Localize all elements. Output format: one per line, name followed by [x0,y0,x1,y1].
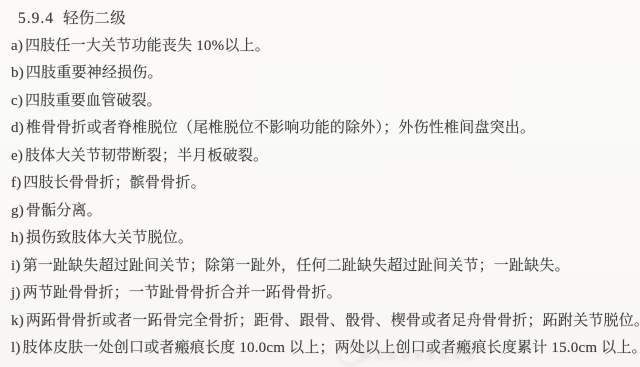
clause-text: 两跖骨骨折或者一跖骨完全骨折；距骨、跟骨、骰骨、楔骨或者足舟骨骨折；跖跗关节脱位… [26,313,640,329]
clause-line-j: j)两节趾骨骨折；一节趾骨骨折合并一跖骨骨折。 [0,280,640,308]
clause-text: 损伤致肢体大关节脱位。 [26,230,193,246]
clause-text: 四肢长骨骨折；髌骨骨折。 [23,175,205,191]
clause-text: 四肢重要神经损伤。 [26,65,163,81]
clause-label: i) [11,258,21,274]
clause-line-b: b)四肢重要神经损伤。 [0,60,640,88]
clause-text: 肢体皮肤一处创口或者瘢痕长度 10.0cm 以上；两处以上创口或者瘢痕长度累计 … [23,340,640,356]
clause-text: 骨骺分离。 [26,203,102,219]
clause-list: a)四肢任一大关节功能丧失 10%以上。b)四肢重要神经损伤。c)四肢重要血管破… [0,33,640,363]
clause-line-f: f)四肢长骨骨折；髌骨骨折。 [0,170,640,198]
clause-line-g: g)骨骺分离。 [0,198,640,226]
section-number: 5.9.4 [18,10,54,27]
clause-label: b) [11,65,24,81]
clause-line-i: i)第一趾缺失超过趾间关节；除第一趾外，任何二趾缺失超过趾间关节；一趾缺失。 [0,253,640,281]
clause-label: g) [11,203,24,219]
section-title: 轻伤二级 [63,10,126,27]
clause-text: 肢体大关节韧带断裂；半月板破裂。 [25,148,268,164]
clause-text: 四肢任一大关节功能丧失 10%以上。 [25,38,270,54]
clause-label: j) [11,285,21,301]
clause-label: h) [11,230,24,246]
clause-line-l: l)肢体皮肤一处创口或者瘢痕长度 10.0cm 以上；两处以上创口或者瘢痕长度累… [0,335,640,363]
clause-label: f) [11,175,21,191]
clause-line-c: c)四肢重要血管破裂。 [0,88,640,116]
clause-line-k: k)两跖骨骨折或者一跖骨完全骨折；距骨、跟骨、骰骨、楔骨或者足舟骨骨折；跖跗关节… [0,308,640,336]
clause-text: 两节趾骨骨折；一节趾骨骨折合并一跖骨骨折。 [23,285,342,301]
clause-text: 四肢重要血管破裂。 [25,93,162,109]
clause-label: c) [11,93,23,109]
clause-line-h: h)损伤致肢体大关节脱位。 [0,225,640,253]
clause-line-a: a)四肢任一大关节功能丧失 10%以上。 [0,33,640,61]
clause-label: d) [11,120,24,136]
document-page: 5.9.4轻伤二级 a)四肢任一大关节功能丧失 10%以上。b)四肢重要神经损伤… [0,0,640,367]
clause-text: 第一趾缺失超过趾间关节；除第一趾外，任何二趾缺失超过趾间关节；一趾缺失。 [23,258,570,274]
clause-line-e: e)肢体大关节韧带断裂；半月板破裂。 [0,143,640,171]
clause-label: k) [11,313,24,329]
clause-line-d: d)椎骨骨折或者脊椎脱位（尾椎脱位不影响功能的除外）；外伤性椎间盘突出。 [0,115,640,143]
section-heading: 5.9.4轻伤二级 [0,5,640,33]
clause-label: l) [11,340,21,356]
clause-label: e) [11,148,23,164]
clause-label: a) [11,38,23,54]
clause-text: 椎骨骨折或者脊椎脱位（尾椎脱位不影响功能的除外）；外伤性椎间盘突出。 [26,120,535,136]
